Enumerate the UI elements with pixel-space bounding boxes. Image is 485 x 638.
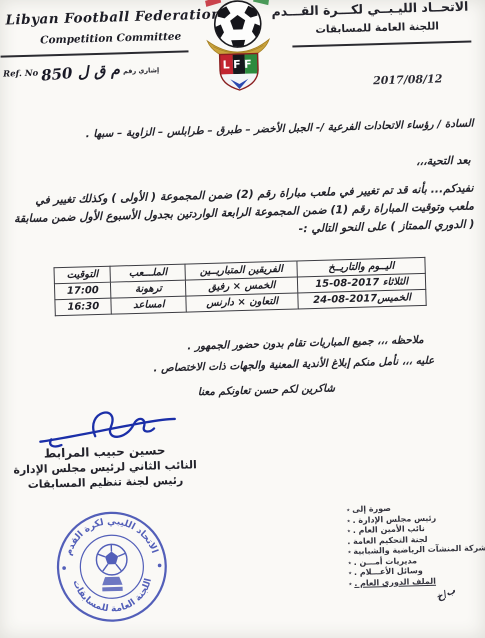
list-bullet-icon: ٭ <box>347 517 351 526</box>
note-line: ملاحظه ،،، جميع المباريات تقام بدون حضور… <box>187 334 424 353</box>
ref-label-arabic: إشاري رقم <box>123 66 159 75</box>
list-bullet-icon: ٭ <box>348 569 352 578</box>
closing-line: شاكرين لكم حسن تعاونكم معنا <box>198 382 335 398</box>
ref-number-handwritten: 850 م ق ل <box>41 60 121 84</box>
header-time: التوقيت <box>54 266 111 284</box>
cell-date: الخميس2017-08-24 <box>298 289 426 309</box>
request-line: عليه ،،، نأمل منكم إبلاغ الأندية المعنية… <box>153 355 434 375</box>
official-round-stamp: الاتحاد الليبي لكرة القدم اللجنة العامة … <box>53 502 170 631</box>
stamp-football-icon <box>96 544 128 592</box>
salutation: بعد التحية،،، <box>416 154 471 169</box>
signatory-title2: رئيس لجنة تنظيم المسابقات <box>6 473 204 492</box>
cell-time: 17:00 <box>54 282 111 300</box>
header-divider-left <box>1 50 189 57</box>
ref-no-label: Ref. No <box>3 69 38 80</box>
reference-row: Ref. No 850 م ق ل إشاري رقم <box>3 61 160 83</box>
cc-item-label: الملف الدوري العام . <box>354 577 436 590</box>
distribution-list: ٭ صورة إلى ٭ رئيس مجلس الإدارة . ٭ نائب … <box>346 501 485 604</box>
list-bullet-icon: ٭ <box>348 580 352 589</box>
list-bullet-icon: ٭ <box>347 527 351 536</box>
cell-stadium: امساعد <box>111 296 186 314</box>
committee-name-arabic: اللجنة العامة للمسابقات <box>315 20 439 35</box>
handwritten-initials: ب/خ <box>435 585 458 604</box>
scan-tilt-wrapper: Libyan Football Federation Competition C… <box>0 0 485 638</box>
list-bullet-icon: ٭ <box>347 548 351 557</box>
letter-body: نفيدكم... بأنه قد تم تغيير في ملعب مبارا… <box>10 180 474 247</box>
list-bullet-icon: ٭ <box>346 506 350 515</box>
letter-date: 2017/08/12 <box>373 72 443 87</box>
federation-logo-icon: LFF <box>187 0 290 95</box>
header-divider-right <box>292 41 471 48</box>
committee-name-english: Competition Committee <box>40 31 181 47</box>
cell-time: 16:30 <box>55 298 112 316</box>
addressee-line: السادة / رؤساء الاتحادات الفرعية /- الجب… <box>0 117 474 142</box>
cell-teams: التعاون × دارنس <box>186 293 298 312</box>
signatory-block: حسين حبيب المرابط النائب الثاني لرئيس مج… <box>6 442 205 492</box>
scanned-letter-page: Libyan Football Federation Competition C… <box>0 0 485 638</box>
logo-lff-letters: LFF <box>222 58 255 72</box>
org-name-arabic: الاتحــاد الليـبــي لكـــرة القـــدم <box>271 0 468 19</box>
list-bullet-icon: ٭ <box>348 559 352 568</box>
match-schedule-table: اليــوم والتاريــخ الفريقين المتباريــين… <box>53 257 426 316</box>
